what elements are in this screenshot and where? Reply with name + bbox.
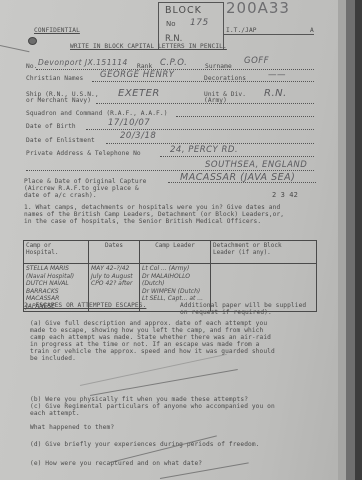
enlist-value: 20/3/18 bbox=[120, 131, 156, 141]
qa-line5: train or vehicle the approx. speed and h… bbox=[30, 348, 275, 355]
unit-value: R.N. bbox=[264, 88, 287, 99]
header-camp: Camp or Hospital. bbox=[24, 241, 89, 264]
qc-line1: (c) Give Regimental particulars of anyon… bbox=[30, 403, 275, 410]
dob-label: Date of Birth bbox=[26, 123, 76, 130]
header-dates: Dates bbox=[89, 241, 140, 264]
qa-line3: camp each attempt was made. State whethe… bbox=[30, 334, 271, 341]
form-suffix: A bbox=[310, 27, 314, 34]
stamp-block: BLOCK bbox=[165, 5, 202, 16]
no-value: Devonport JX.151114 bbox=[38, 58, 128, 67]
qa-line1: (a) Give full description and approx. da… bbox=[30, 320, 267, 327]
dotted-line bbox=[160, 156, 314, 157]
dotted-line bbox=[168, 182, 316, 183]
address-value-1: 24, PERCY RD. bbox=[170, 145, 238, 155]
surname-value: GOFF bbox=[244, 56, 269, 66]
capture-label-3: date of a/c crash). bbox=[24, 192, 97, 199]
enlist-label: Date of Enlistment bbox=[26, 137, 95, 144]
header-camp-leader: Camp Leader bbox=[140, 241, 211, 264]
q2-title: 2. ESCAPES OR ATTEMPTED ESCAPES. bbox=[24, 302, 146, 309]
dotted-line bbox=[106, 143, 314, 144]
punch-hole bbox=[28, 37, 37, 45]
ship-label-2: or Merchant Navy) bbox=[26, 97, 91, 104]
christian-value: GEORGE HENRY bbox=[100, 70, 174, 80]
dob-value: 17/10/07 bbox=[108, 118, 150, 128]
decorations-value: —— bbox=[268, 70, 286, 80]
instruction: WRITE IN BLOCK CAPITAL LETTERS IN PENCIL… bbox=[70, 43, 227, 50]
capture-label-2: (Aircrew R.A.F.to give place & bbox=[24, 185, 139, 192]
stamp-no: No bbox=[166, 20, 176, 28]
christian-label: Christian Names bbox=[26, 75, 83, 82]
q2-note-2: on request if required). bbox=[180, 309, 272, 316]
q1-line2: names of the British Camp Leaders, Detac… bbox=[24, 211, 284, 218]
classification: CONFIDENTIAL bbox=[34, 27, 80, 34]
stamp-number: 175 bbox=[190, 18, 209, 28]
ship-value: EXETER bbox=[118, 88, 160, 99]
form-ref: I.T./JAP bbox=[226, 27, 257, 34]
dotted-line bbox=[96, 103, 314, 104]
background-dark bbox=[355, 0, 362, 480]
address-value-2: SOUTHSEA, ENGLAND bbox=[205, 160, 307, 170]
q1-line3: in the case of hospitals, the Senior Bri… bbox=[24, 218, 261, 225]
dotted-line bbox=[86, 129, 314, 130]
squadron-label: Squadron and Command (R.A.F., A.A.F.) bbox=[26, 110, 168, 117]
capture-date: 2 3 42 bbox=[272, 192, 298, 199]
page-edge bbox=[338, 0, 346, 480]
address-label: Private Address & Telephone No bbox=[26, 150, 141, 157]
qa-line4: in progress at the time or not. If an es… bbox=[30, 341, 260, 348]
rank-value: C.P.O. bbox=[160, 58, 187, 68]
table-header-row: Camp or Hospital. Dates Camp Leader Deta… bbox=[24, 241, 317, 264]
q2-note-1: Additional paper will be supplied bbox=[180, 302, 306, 309]
qb: (b) Were you physically fit when you mad… bbox=[30, 396, 248, 403]
header-rule bbox=[224, 34, 314, 35]
dotted-line bbox=[92, 81, 314, 82]
dotted-line bbox=[26, 170, 314, 171]
qa-line6: be included. bbox=[30, 355, 76, 362]
dotted-line bbox=[176, 116, 314, 117]
q1-line1: 1. What camps, detachments or hospitals … bbox=[24, 204, 280, 211]
qd: (d) Give briefly your experiences during… bbox=[30, 441, 260, 448]
qa-line2: made to escape, showing how you left the… bbox=[30, 327, 263, 334]
qc-line3: What happened to them? bbox=[30, 424, 114, 431]
qc-line2: each attempt. bbox=[30, 410, 80, 417]
header-block-leader: Detachment or Block Leader (if any). bbox=[211, 241, 317, 264]
handwritten-number: 200A33 bbox=[226, 0, 290, 17]
capture-label-1: Place & Date of Original Capture bbox=[24, 178, 146, 185]
